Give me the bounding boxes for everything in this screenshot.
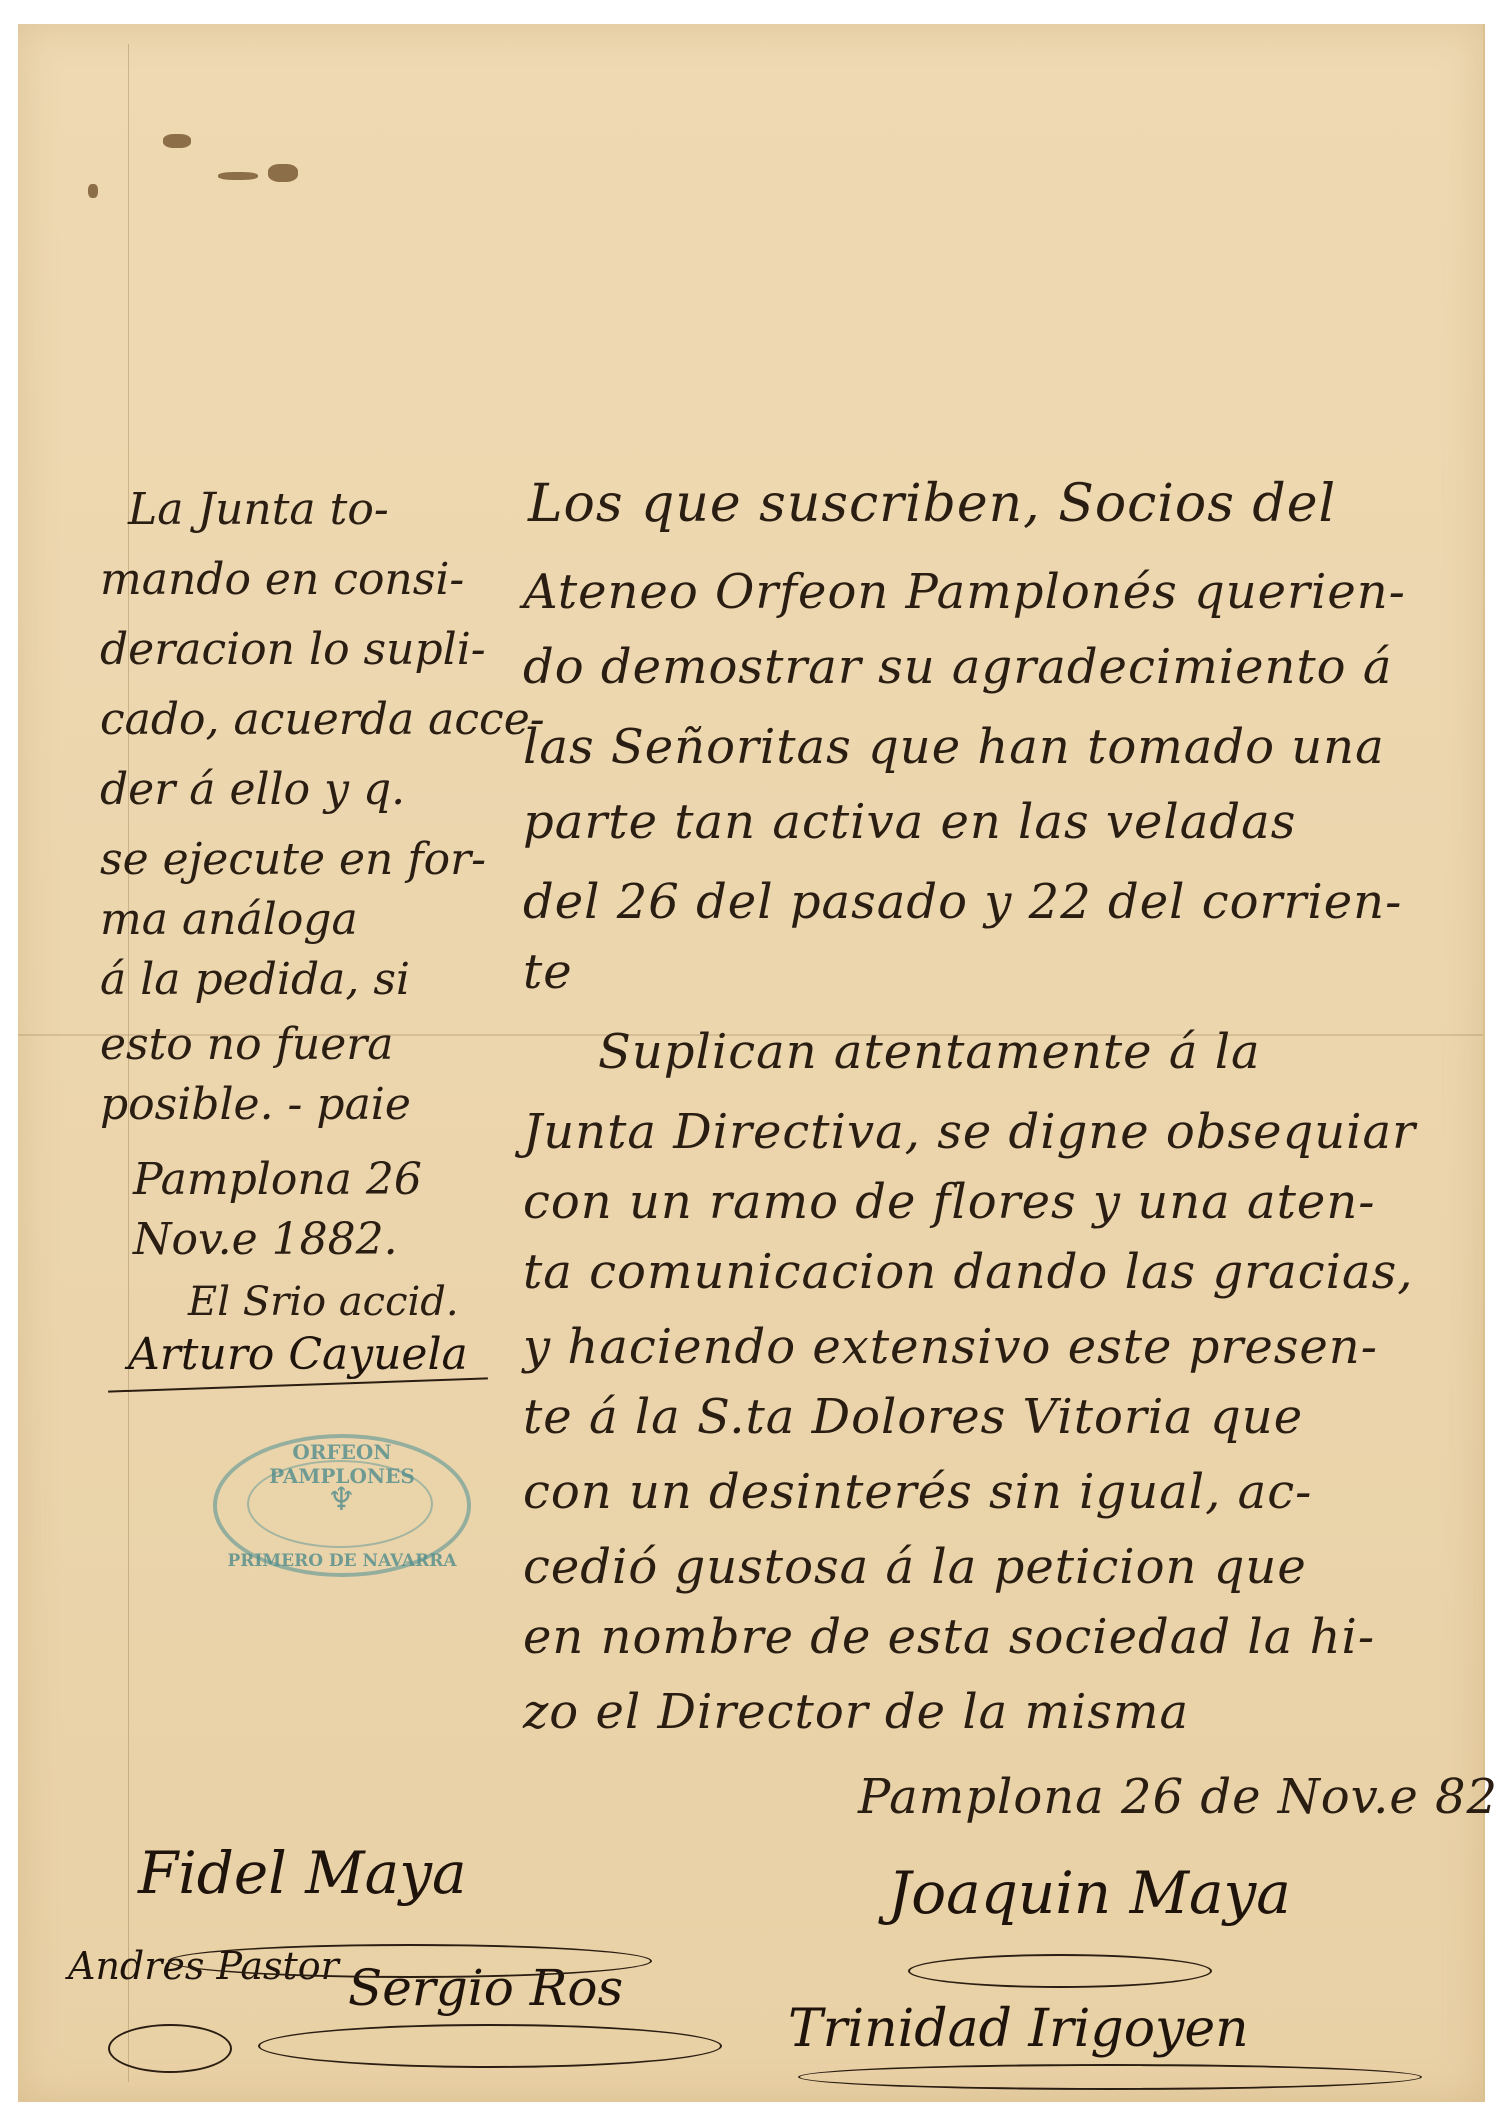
body-line: parte tan activa en las veladas	[523, 794, 1296, 850]
body-line: Suplican atentamente á la	[598, 1024, 1261, 1080]
signature-flourish	[168, 1944, 652, 1978]
lyre-icon: ♆	[327, 1480, 356, 1518]
secretary-label: El Srio accid.	[188, 1279, 459, 1325]
document-page: La Junta to- mando en consi- deracion lo…	[18, 24, 1485, 2102]
body-line: las Señoritas que han tomado una	[523, 719, 1385, 775]
body-line: del 26 del pasado y 22 del corrien-	[523, 874, 1402, 930]
margin-line: deracion lo supli-	[100, 624, 486, 675]
ink-blot	[268, 164, 298, 182]
body-line: en nombre de esta sociedad la hi-	[523, 1609, 1375, 1665]
body-line: te á la S.ta Dolores Vitoria que	[523, 1389, 1303, 1445]
signature-flourish	[258, 2024, 722, 2068]
body-line: Los que suscriben, Socios del	[528, 474, 1336, 534]
margin-line: Pamplona 26	[133, 1154, 422, 1205]
secretary-signature: Arturo Cayuela	[128, 1329, 468, 1380]
margin-line: posible. - paie	[100, 1079, 411, 1130]
signature: Joaquin Maya	[888, 1859, 1291, 1927]
signature-flourish	[798, 2064, 1422, 2090]
ink-blot	[88, 184, 98, 198]
body-line: con un desinterés sin igual, ac-	[523, 1464, 1312, 1520]
body-line: zo el Director de la misma	[523, 1684, 1189, 1740]
stamp-bottom-text: PRIMERO DE NAVARRA	[217, 1551, 467, 1571]
society-stamp: ORFEON PAMPLONES ♆ PRIMERO DE NAVARRA	[213, 1434, 471, 1577]
margin-line: La Junta to-	[128, 484, 389, 535]
signature: Trinidad Irigoyen	[788, 1999, 1249, 2059]
margin-line: mando en consi-	[100, 554, 464, 605]
margin-line: der á ello y q.	[100, 764, 405, 815]
margin-line: á la pedida, si	[100, 954, 410, 1005]
signature-flourish	[108, 2024, 232, 2073]
margin-line: esto no fuera	[100, 1019, 394, 1070]
body-line: y haciendo extensivo este presen-	[523, 1319, 1378, 1375]
body-line: con un ramo de flores y una aten-	[523, 1174, 1375, 1230]
margin-line: se ejecute en for-	[100, 834, 486, 885]
signature: Fidel Maya	[138, 1839, 467, 1907]
margin-line: ma análoga	[100, 894, 358, 945]
ink-blot	[218, 172, 258, 180]
ink-blot	[163, 134, 191, 148]
body-line: cedió gustosa á la peticion que	[523, 1539, 1307, 1595]
signature-flourish	[908, 1954, 1212, 1988]
body-line: Junta Directiva, se digne obsequiar	[523, 1104, 1416, 1160]
margin-line: Nov.e 1882.	[133, 1214, 398, 1265]
body-line: Ateneo Orfeon Pamplonés querien-	[523, 564, 1406, 620]
body-line: do demostrar su agradecimiento á	[523, 639, 1392, 695]
margin-line: cado, acuerda acce-	[100, 694, 545, 745]
body-line: ta comunicacion dando las gracias,	[523, 1244, 1413, 1300]
body-line: te	[523, 944, 573, 1000]
date-line: Pamplona 26 de Nov.e 82	[858, 1769, 1498, 1825]
